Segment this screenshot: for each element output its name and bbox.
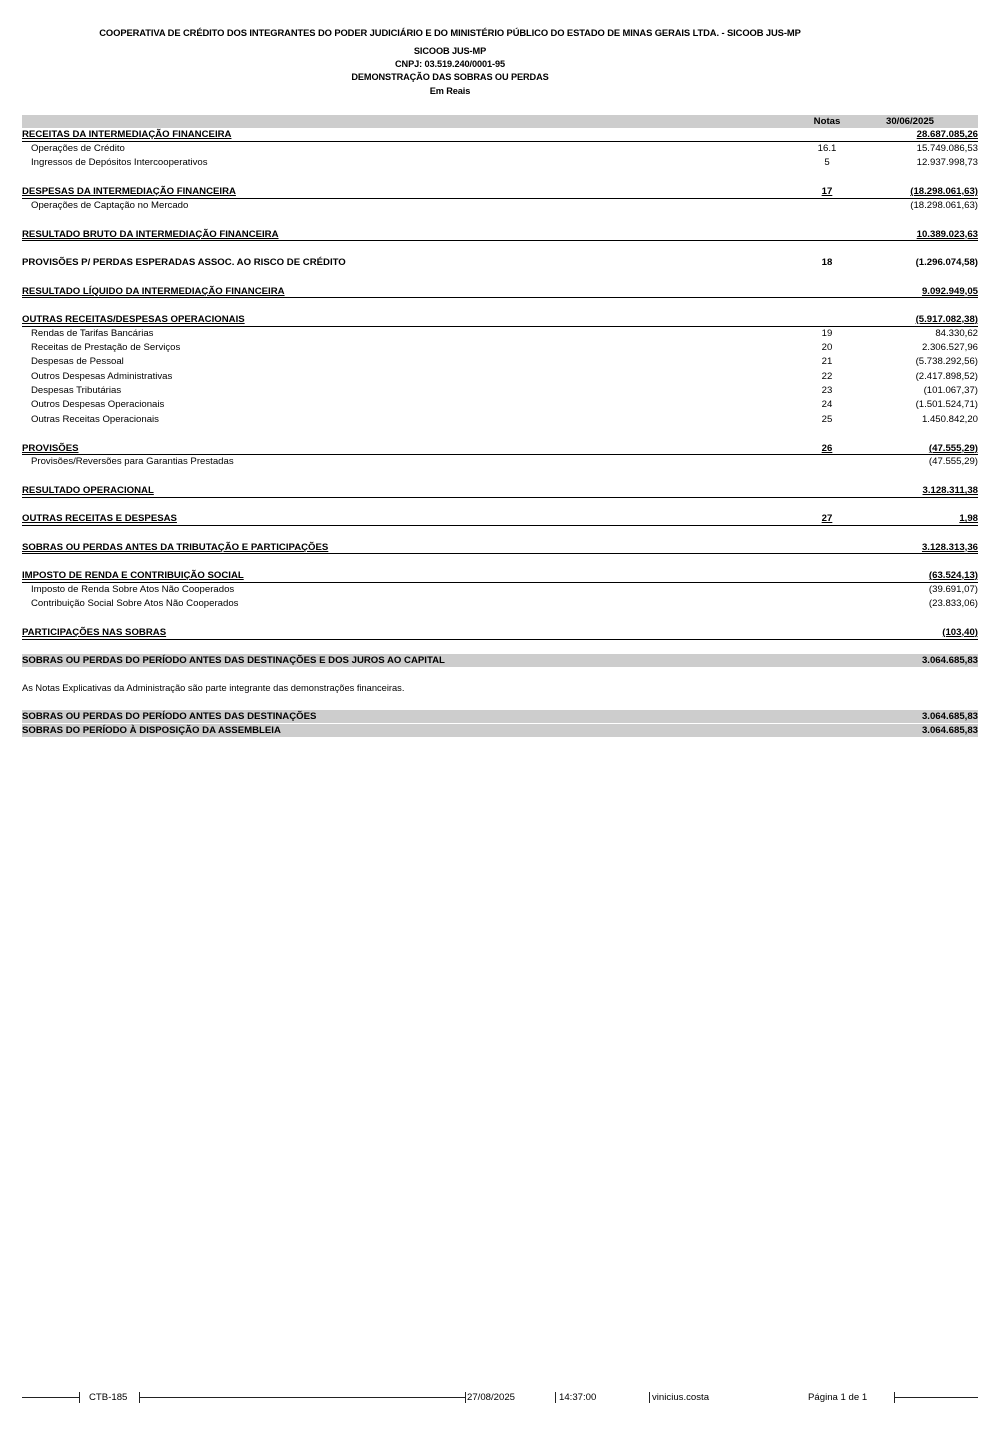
- row-label: RECEITAS DA INTERMEDIAÇÃO FINANCEIRA: [22, 128, 231, 142]
- row-value: 3.064.685,83: [922, 710, 978, 723]
- section-total-row: DESPESAS DA INTERMEDIAÇÃO FINANCEIRA17(1…: [22, 185, 978, 199]
- row-value: 12.937.998,73: [917, 156, 978, 170]
- row-note-ref: 24: [792, 398, 862, 412]
- row-label: Outros Despesas Operacionais: [31, 398, 164, 412]
- row-value: 15.749.086,53: [917, 142, 978, 156]
- section-total-row: RESULTADO LÍQUIDO DA INTERMEDIAÇÃO FINAN…: [22, 285, 978, 299]
- spacer-row: [22, 427, 978, 441]
- section-total-row: OUTRAS RECEITAS E DESPESAS271,98: [22, 512, 978, 526]
- row-value: 10.389.023,63: [917, 228, 978, 242]
- row-value: (103,40): [942, 626, 978, 640]
- row-label: RESULTADO OPERACIONAL: [22, 484, 154, 498]
- short-name: SICOOB JUS-MP: [0, 45, 900, 57]
- spacer-row: [22, 213, 978, 227]
- section-total-row: IMPOSTO DE RENDA E CONTRIBUIÇÃO SOCIAL(6…: [22, 569, 978, 583]
- row-value: 3.128.313,36: [922, 541, 978, 555]
- row-value: (1.501.524,71): [916, 398, 978, 412]
- row-value: (39.691,07): [929, 583, 978, 597]
- cnpj: CNPJ: 03.519.240/0001-95: [0, 58, 900, 70]
- row-value: (47.555,29): [929, 455, 978, 469]
- cooperative-name: COOPERATIVA DE CRÉDITO DOS INTEGRANTES D…: [0, 27, 900, 39]
- spacer-row: [22, 640, 978, 654]
- footer-rule: [22, 1397, 79, 1398]
- line-item-row: Provisões/Reversões para Garantias Prest…: [22, 455, 978, 469]
- row-label: RESULTADO BRUTO DA INTERMEDIAÇÃO FINANCE…: [22, 228, 279, 242]
- row-label: Contribuição Social Sobre Atos Não Coope…: [31, 597, 238, 611]
- row-note-ref: 17: [792, 185, 862, 199]
- line-item-row: Operações de Crédito16.115.749.086,53: [22, 142, 978, 156]
- row-label: PARTICIPAÇÕES NAS SOBRAS: [22, 626, 166, 640]
- page-footer: CTB-185 27/08/2025 14:37:00 vinicius.cos…: [22, 1390, 978, 1406]
- section-total-row: PARTICIPAÇÕES NAS SOBRAS(103,40): [22, 626, 978, 640]
- row-value: 3.064.685,83: [922, 654, 978, 667]
- row-note-ref: 22: [792, 370, 862, 384]
- footer-rule: [894, 1397, 978, 1398]
- row-value: 84.330,62: [935, 327, 978, 341]
- highlighted-total-row: SOBRAS DO PERÍODO À DISPOSIÇÃO DA ASSEMB…: [22, 724, 978, 737]
- row-label: Despesas de Pessoal: [31, 355, 124, 369]
- row-label: Outras Receitas Operacionais: [31, 413, 159, 427]
- row-note-ref: 25: [792, 413, 862, 427]
- row-note-ref: 27: [792, 512, 862, 526]
- row-value: 1,98: [959, 512, 978, 526]
- row-value: (1.296.074,58): [916, 256, 978, 270]
- row-note-ref: 26: [792, 442, 862, 456]
- row-value: (18.298.061,63): [910, 185, 978, 199]
- row-note-ref: 5: [792, 156, 862, 170]
- row-label: PROVISÕES: [22, 442, 79, 456]
- section-total-row: OUTRAS RECEITAS/DESPESAS OPERACIONAIS(5.…: [22, 313, 978, 327]
- row-label: DESPESAS DA INTERMEDIAÇÃO FINANCEIRA: [22, 185, 236, 199]
- row-note-ref: 21: [792, 355, 862, 369]
- row-label: Imposto de Renda Sobre Atos Não Cooperad…: [31, 583, 234, 597]
- print-date: 27/08/2025: [467, 1391, 515, 1404]
- row-value: (101.067,37): [924, 384, 978, 398]
- row-label: Despesas Tributárias: [31, 384, 121, 398]
- row-note-ref: 23: [792, 384, 862, 398]
- row-value: (47.555,29): [929, 442, 978, 456]
- row-value: 28.687.085,26: [917, 128, 978, 142]
- highlighted-total-row: SOBRAS OU PERDAS DO PERÍODO ANTES DAS DE…: [22, 654, 978, 667]
- row-label: Receitas de Prestação de Serviços: [31, 341, 180, 355]
- section-total-row: RESULTADO OPERACIONAL3.128.311,38: [22, 484, 978, 498]
- row-value: (63.524,13): [929, 569, 978, 583]
- spacer-row: [22, 171, 978, 185]
- print-user: vinicius.costa: [652, 1391, 709, 1404]
- row-label: IMPOSTO DE RENDA E CONTRIBUIÇÃO SOCIAL: [22, 569, 244, 583]
- row-label: Operações de Captação no Mercado: [31, 199, 188, 213]
- row-value: (2.417.898,52): [916, 370, 978, 384]
- line-item-row: Outros Despesas Administrativas22(2.417.…: [22, 370, 978, 384]
- row-label: Outros Despesas Administrativas: [31, 370, 172, 384]
- line-item-row: Outras Receitas Operacionais251.450.842,…: [22, 413, 978, 427]
- row-value: (18.298.061,63): [910, 199, 978, 213]
- section-total-row: PROVISÕES26(47.555,29): [22, 442, 978, 456]
- currency-label: Em Reais: [0, 85, 900, 97]
- page-number: Página 1 de 1: [808, 1391, 867, 1404]
- line-item-row: Despesas de Pessoal21(5.738.292,56): [22, 355, 978, 369]
- footer-divider: [649, 1392, 650, 1403]
- highlighted-total-row: SOBRAS OU PERDAS DO PERÍODO ANTES DAS DE…: [22, 710, 978, 723]
- print-time: 14:37:00: [559, 1391, 596, 1404]
- spacer-row: [22, 554, 978, 568]
- row-label: Ingressos de Depósitos Intercooperativos: [31, 156, 208, 170]
- explanatory-note: As Notas Explicativas da Administração s…: [22, 681, 978, 695]
- statement-title: DEMONSTRAÇÃO DAS SOBRAS OU PERDAS: [0, 71, 900, 83]
- footer-rule: [139, 1397, 465, 1398]
- report-code: CTB-185: [89, 1391, 127, 1404]
- section-total-row: PROVISÕES P/ PERDAS ESPERADAS ASSOC. AO …: [22, 256, 978, 270]
- line-item-row: Contribuição Social Sobre Atos Não Coope…: [22, 597, 978, 611]
- row-label: SOBRAS OU PERDAS DO PERÍODO ANTES DAS DE…: [22, 654, 445, 667]
- row-note-ref: 16.1: [792, 142, 862, 156]
- section-total-row: SOBRAS OU PERDAS ANTES DA TRIBUTAÇÃO E P…: [22, 541, 978, 555]
- line-item-row: Outros Despesas Operacionais24(1.501.524…: [22, 398, 978, 412]
- row-label: SOBRAS DO PERÍODO À DISPOSIÇÃO DA ASSEMB…: [22, 724, 281, 737]
- table-header: Notas 30/06/2025: [22, 115, 978, 128]
- column-header-notes: Notas: [792, 115, 862, 128]
- section-total-row: RECEITAS DA INTERMEDIAÇÃO FINANCEIRA28.6…: [22, 128, 978, 142]
- row-value: 1.450.842,20: [922, 413, 978, 427]
- row-note-ref: 20: [792, 341, 862, 355]
- line-item-row: Despesas Tributárias23(101.067,37): [22, 384, 978, 398]
- footer-divider: [79, 1392, 80, 1403]
- spacer-row: [22, 696, 978, 710]
- line-item-row: Operações de Captação no Mercado(18.298.…: [22, 199, 978, 213]
- spacer-row: [22, 611, 978, 625]
- row-label: Rendas de Tarifas Bancárias: [31, 327, 153, 341]
- spacer-row: [22, 298, 978, 312]
- footer-divider: [465, 1392, 466, 1403]
- row-label: As Notas Explicativas da Administração s…: [22, 681, 404, 695]
- row-label: OUTRAS RECEITAS/DESPESAS OPERACIONAIS: [22, 313, 245, 327]
- row-label: SOBRAS OU PERDAS ANTES DA TRIBUTAÇÃO E P…: [22, 541, 328, 555]
- line-item-row: Ingressos de Depósitos Intercooperativos…: [22, 156, 978, 170]
- row-label: PROVISÕES P/ PERDAS ESPERADAS ASSOC. AO …: [22, 256, 346, 270]
- row-value: 3.128.311,38: [923, 484, 979, 498]
- row-note-ref: 19: [792, 327, 862, 341]
- row-value: (5.917.082,38): [916, 313, 978, 327]
- line-item-row: Rendas de Tarifas Bancárias1984.330,62: [22, 327, 978, 341]
- table-body: RECEITAS DA INTERMEDIAÇÃO FINANCEIRA28.6…: [22, 128, 978, 737]
- row-label: OUTRAS RECEITAS E DESPESAS: [22, 512, 177, 526]
- income-statement-table: Notas 30/06/2025 RECEITAS DA INTERMEDIAÇ…: [22, 115, 978, 737]
- line-item-row: Receitas de Prestação de Serviços202.306…: [22, 341, 978, 355]
- row-label: Operações de Crédito: [31, 142, 125, 156]
- spacer-row: [22, 498, 978, 512]
- column-header-period: 30/06/2025: [860, 115, 960, 128]
- row-value: 2.306.527,96: [922, 341, 978, 355]
- row-value: (23.833,06): [929, 597, 978, 611]
- spacer-row: [22, 667, 978, 681]
- row-label: RESULTADO LÍQUIDO DA INTERMEDIAÇÃO FINAN…: [22, 285, 285, 299]
- line-item-row: Imposto de Renda Sobre Atos Não Cooperad…: [22, 583, 978, 597]
- row-note-ref: 18: [792, 256, 862, 270]
- row-value: 3.064.685,83: [922, 724, 978, 737]
- row-value: (5.738.292,56): [916, 355, 978, 369]
- footer-divider: [555, 1392, 556, 1403]
- spacer-row: [22, 270, 978, 284]
- row-label: Provisões/Reversões para Garantias Prest…: [31, 455, 234, 469]
- spacer-row: [22, 526, 978, 540]
- row-label: SOBRAS OU PERDAS DO PERÍODO ANTES DAS DE…: [22, 710, 316, 723]
- section-total-row: RESULTADO BRUTO DA INTERMEDIAÇÃO FINANCE…: [22, 228, 978, 242]
- spacer-row: [22, 241, 978, 255]
- spacer-row: [22, 470, 978, 484]
- row-value: 9.092.949,05: [922, 285, 978, 299]
